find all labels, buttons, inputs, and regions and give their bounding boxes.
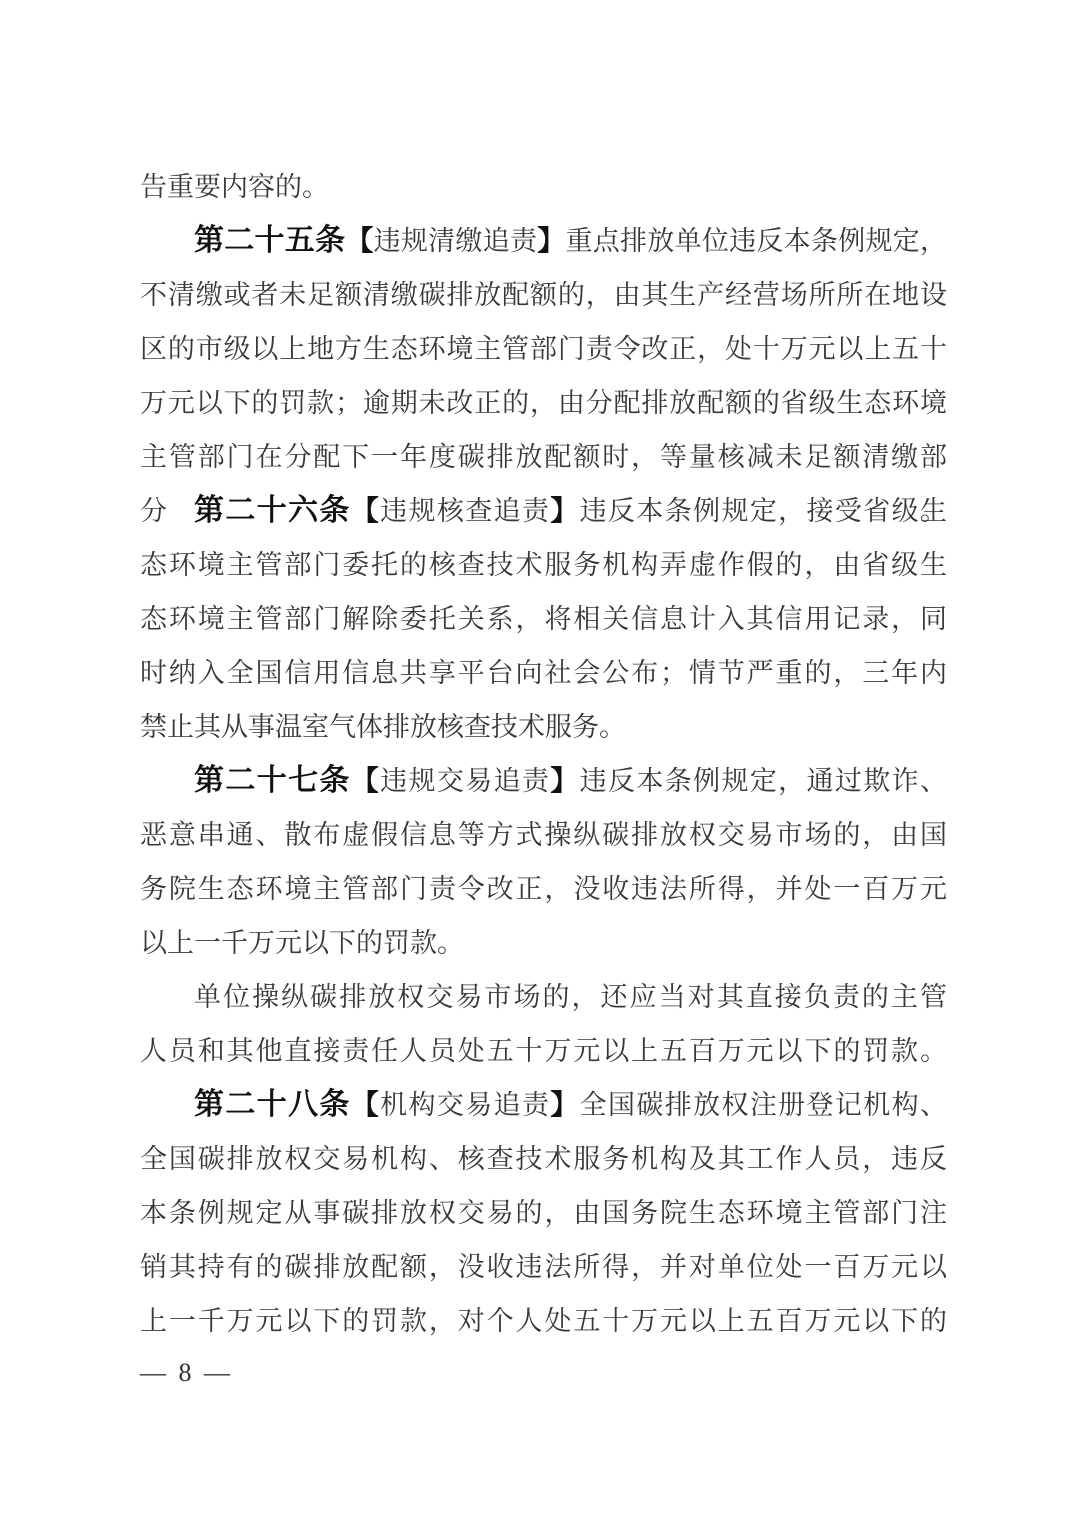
text-line: 不清缴或者未足额清缴碳排放配额的，由其生产经营场所所在地设 — [140, 268, 947, 322]
text-line: 时纳入全国信用信息共享平台向社会公布；情节严重的，三年内 — [140, 646, 947, 700]
page-footer: — 8 — — [140, 1348, 233, 1398]
text-segment: 违规交易追责 — [380, 766, 550, 796]
article-title-bracket: 【 — [351, 496, 380, 527]
text-line: 第二十七条【违规交易追责】违反本条例规定，通过欺诈、 — [140, 754, 947, 808]
article-title-bracket: 】 — [550, 1090, 579, 1121]
text-line: 销其持有的碳排放配额，没收违法所得，并对单位处一百万元以 — [140, 1240, 947, 1294]
article-title-bracket: 【 — [351, 1090, 380, 1121]
text-line: 第二十八条【机构交易追责】全国碳排放权注册登记机构、 — [140, 1078, 947, 1132]
article-title-bracket: 】 — [550, 766, 579, 797]
text-line: 第二十六条【违规核查追责】违反本条例规定，接受省级生 — [140, 484, 947, 538]
text-segment: 禁止其从事温室气体排放核查技术服务。 — [140, 712, 626, 742]
text-segment: 区的市级以上地方生态环境主管部门责令改正，处十万元以上五十 — [140, 334, 947, 364]
text-segment: 告重要内容的。 — [140, 172, 329, 202]
text-segment: 务院生态环境主管部门责令改正，没收违法所得，并处一百万元 — [140, 874, 947, 904]
text-segment: 恶意串通、散布虚假信息等方式操纵碳排放权交易市场的，由国 — [140, 820, 947, 850]
article-title-bracket: 【 — [351, 766, 380, 797]
article-number: 第二十五条 — [194, 224, 345, 257]
page-number: — 8 — — [140, 1358, 233, 1387]
text-line: 单位操纵碳排放权交易市场的，还应当对其直接负责的主管 — [140, 970, 947, 1024]
text-line: 区的市级以上地方生态环境主管部门责令改正，处十万元以上五十 — [140, 322, 947, 376]
text-line: 本条例规定从事碳排放权交易的，由国务院生态环境主管部门注 — [140, 1186, 947, 1240]
text-segment: 单位操纵碳排放权交易市场的，还应当对其直接负责的主管 — [194, 982, 947, 1012]
text-segment: 时纳入全国信用信息共享平台向社会公布；情节严重的，三年内 — [140, 658, 947, 688]
text-segment: 不清缴或者未足额清缴碳排放配额的，由其生产经营场所所在地设 — [140, 280, 947, 310]
text-line: 人员和其他直接责任人员处五十万元以上五百万元以下的罚款。 — [140, 1024, 947, 1078]
article-number: 第二十七条 — [194, 764, 351, 797]
article-title-bracket: 【 — [345, 226, 373, 257]
text-line: 上一千万元以下的罚款，对个人处五十万元以上五百万元以下的 — [140, 1294, 947, 1348]
text-line: 主管部门在分配下一年度碳排放配额时，等量核减未足额清缴部分。 — [140, 430, 947, 484]
text-segment: 全国碳排放权注册登记机构、 — [580, 1090, 947, 1120]
text-segment: 态环境主管部门解除委托关系，将相关信息计入其信用记录，同 — [140, 604, 947, 634]
text-segment: 万元以下的罚款；逾期未改正的，由分配排放配额的省级生态环境 — [140, 388, 947, 418]
article-title-bracket: 】 — [550, 496, 579, 527]
text-line: 告重要内容的。 — [140, 160, 947, 214]
document-page: 告重要内容的。第二十五条【违规清缴追责】重点排放单位违反本条例规定，不清缴或者未… — [0, 0, 1080, 1527]
document-body: 告重要内容的。第二十五条【违规清缴追责】重点排放单位违反本条例规定，不清缴或者未… — [140, 160, 947, 1348]
article-title-bracket: 】 — [537, 226, 565, 257]
text-line: 务院生态环境主管部门责令改正，没收违法所得，并处一百万元 — [140, 862, 947, 916]
text-segment: 态环境主管部门委托的核查技术服务机构弄虚作假的，由省级生 — [140, 550, 947, 580]
text-segment: 重点排放单位违反本条例规定， — [566, 226, 947, 256]
text-segment: 以上一千万元以下的罚款。 — [140, 928, 464, 958]
text-line: 第二十五条【违规清缴追责】重点排放单位违反本条例规定， — [140, 214, 947, 268]
text-line: 以上一千万元以下的罚款。 — [140, 916, 947, 970]
article-number: 第二十八条 — [194, 1088, 351, 1121]
text-segment: 机构交易追责 — [380, 1090, 550, 1120]
text-segment: 销其持有的碳排放配额，没收违法所得，并对单位处一百万元以 — [140, 1252, 947, 1282]
text-segment: 违规核查追责 — [380, 496, 550, 526]
article-number: 第二十六条 — [194, 494, 351, 527]
text-line: 态环境主管部门解除委托关系，将相关信息计入其信用记录，同 — [140, 592, 947, 646]
text-segment: 上一千万元以下的罚款，对个人处五十万元以上五百万元以下的 — [140, 1306, 947, 1336]
text-segment: 违规清缴追责 — [374, 226, 538, 256]
text-segment: 全国碳排放权交易机构、核查技术服务机构及其工作人员，违反 — [140, 1144, 947, 1174]
text-segment: 违反本条例规定，通过欺诈、 — [580, 766, 947, 796]
text-line: 全国碳排放权交易机构、核查技术服务机构及其工作人员，违反 — [140, 1132, 947, 1186]
text-segment: 本条例规定从事碳排放权交易的，由国务院生态环境主管部门注 — [140, 1198, 947, 1228]
text-line: 禁止其从事温室气体排放核查技术服务。 — [140, 700, 947, 754]
text-segment: 人员和其他直接责任人员处五十万元以上五百万元以下的罚款。 — [140, 1036, 947, 1066]
text-line: 态环境主管部门委托的核查技术服务机构弄虚作假的，由省级生 — [140, 538, 947, 592]
text-line: 恶意串通、散布虚假信息等方式操纵碳排放权交易市场的，由国 — [140, 808, 947, 862]
text-segment: 违反本条例规定，接受省级生 — [580, 496, 947, 526]
text-line: 万元以下的罚款；逾期未改正的，由分配排放配额的省级生态环境 — [140, 376, 947, 430]
